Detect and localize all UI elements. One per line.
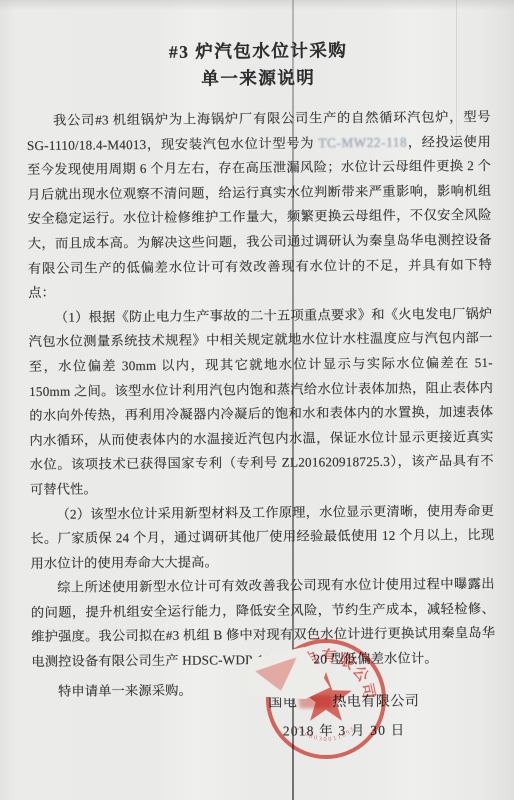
title-line-2: 单一来源说明: [26, 63, 490, 94]
stamp-arc-char: 司: [358, 682, 379, 700]
stamp-serial-number: 1308030011693: [295, 725, 357, 743]
stamp-arc-char: 有: [321, 647, 337, 666]
gauge-model-faded-text: TC-MW22-118: [318, 134, 407, 150]
paragraph-intro: 我公司#3 机组锅炉为上海锅炉厂有限公司生产的自然循环汽包炉，型号 SG-111…: [27, 105, 493, 306]
scanned-document-page: #3 炉汽包水位计采购 单一来源说明 我公司#3 机组锅炉为上海锅炉厂有限公司生…: [0, 0, 514, 800]
document-title: #3 炉汽包水位计采购 单一来源说明: [26, 36, 490, 94]
paragraph-point-1: （1）根据《防止电力生产事故的二十五项重点要求》和《火电发电厂锅炉汽包水位测量系…: [28, 302, 494, 503]
paragraph-intro-text-cont: ，经投运使用至今发现使用周期 6 个月左右，存在高压泄漏风险；水位计云母组件更换…: [27, 134, 492, 301]
document-content: #3 炉汽包水位计采购 单一来源说明 我公司#3 机组锅炉为上海锅炉厂有限公司生…: [26, 36, 496, 704]
paragraph-point-2: （2）该型水位计采用新型材料及工作原理，水位显示更清晰，使用寿命更长。厂家质保 …: [30, 498, 495, 576]
title-line-1: #3 炉汽包水位计采购: [26, 36, 490, 67]
